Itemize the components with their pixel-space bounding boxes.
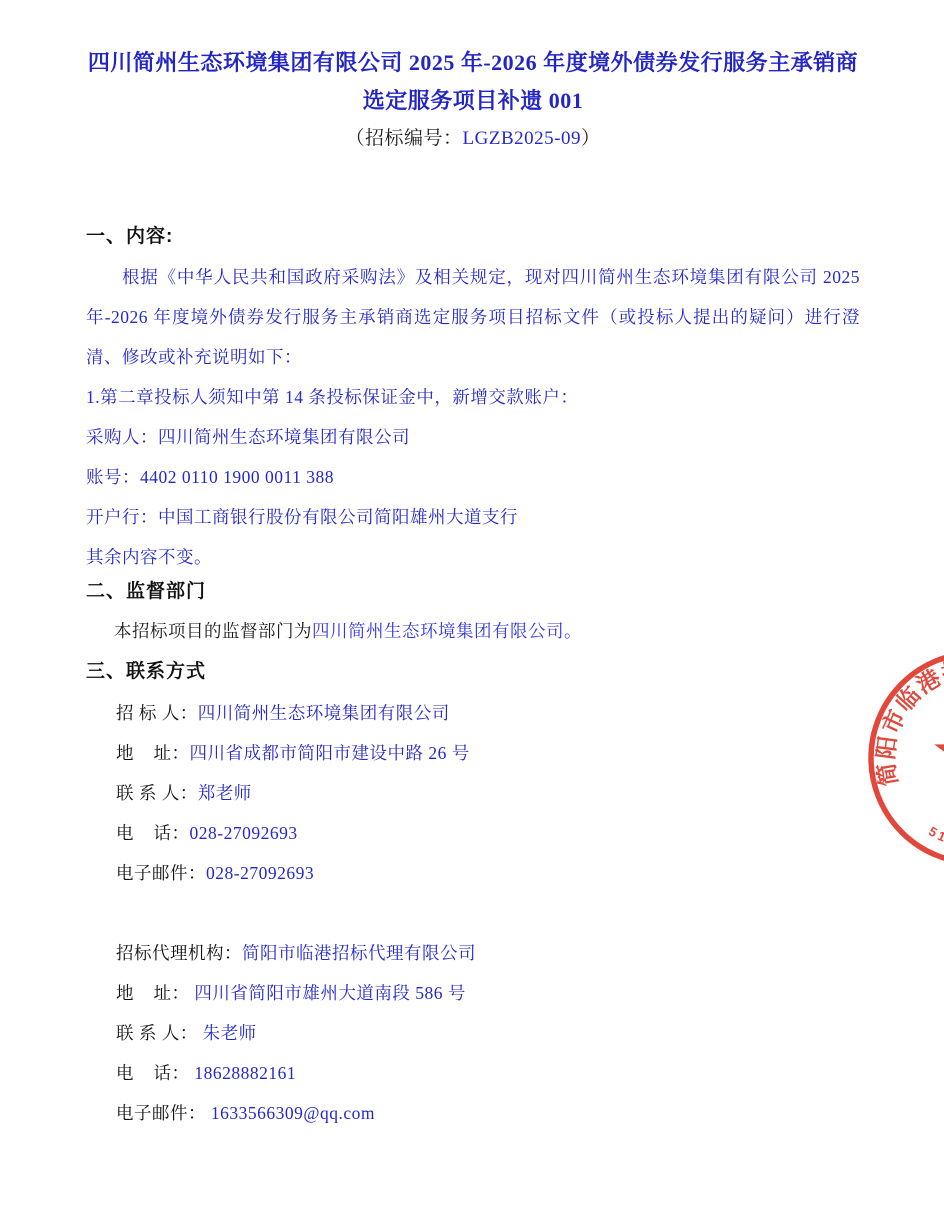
document-title-line1: 四川简州生态环境集团有限公司 2025 年-2026 年度境外债券发行服务主承销… xyxy=(86,44,860,82)
document-title-line2: 选定服务项目补遗 001 xyxy=(86,82,860,120)
supervision-company: 四川简州生态环境集团有限公司。 xyxy=(312,621,582,641)
contact-row-tenderer-name: 招 标 人：四川简州生态环境集团有限公司 xyxy=(86,693,860,733)
contact-row-agency-phone: 电 话： 18628882161 xyxy=(86,1053,860,1093)
section-heading-contact: 三、联系方式 xyxy=(86,657,860,687)
clause-line: 其余内容不变。 xyxy=(86,537,860,577)
contact-row-tenderer-address: 地 址：四川省成都市简阳市建设中路 26 号 xyxy=(86,733,860,773)
tender-number-suffix: ） xyxy=(581,128,601,149)
contact-row-agency-address: 地 址： 四川省简阳市雄州大道南段 586 号 xyxy=(86,973,860,1013)
tender-number-line: （招标编号：LGZB2025-09） xyxy=(86,120,860,158)
contact-label: 招标代理机构： xyxy=(116,943,242,963)
contact-value: 028-27092693 xyxy=(206,863,314,883)
document-title: 四川简州生态环境集团有限公司 2025 年-2026 年度境外债券发行服务主承销… xyxy=(86,44,860,120)
contact-value: 简阳市临港招标代理有限公司 xyxy=(242,943,476,963)
contact-value: 四川省简阳市雄州大道南段 586 号 xyxy=(190,983,466,1003)
tender-number-value: LGZB2025-09 xyxy=(463,128,581,149)
content-paragraph: 根据《中华人民共和国政府采购法》及相关规定，现对四川简州生态环境集团有限公司 2… xyxy=(86,257,860,377)
clause-line: 开户行：中国工商银行股份有限公司简阳雄州大道支行 xyxy=(86,497,860,537)
contact-label: 联 系 人： xyxy=(116,1023,198,1043)
contact-label: 电子邮件： xyxy=(116,1103,206,1123)
document-content: 四川简州生态环境集团有限公司 2025 年-2026 年度境外债券发行服务主承销… xyxy=(0,44,944,1133)
clause-line: 账号：4402 0110 1900 0011 388 xyxy=(86,457,860,497)
contact-row-agency-person: 联 系 人： 朱老师 xyxy=(86,1013,860,1053)
supervision-text: 本招标项目的监督部门为 xyxy=(114,621,312,641)
contact-value: 1633566309@qq.com xyxy=(206,1103,375,1123)
contact-label: 电 话： xyxy=(116,823,190,843)
contact-value: 朱老师 xyxy=(198,1023,257,1043)
clause-line: 1.第二章投标人须知中第 14 条投标保证金中，新增交款账户： xyxy=(86,377,860,417)
section-heading-supervision: 二、监督部门 xyxy=(86,577,860,607)
contact-row-tenderer-phone: 电 话：028-27092693 xyxy=(86,813,860,853)
contact-label: 电子邮件： xyxy=(116,863,206,883)
contact-label: 电 话： xyxy=(116,1063,190,1083)
contact-label: 地 址： xyxy=(116,743,190,763)
contact-value: 郑老师 xyxy=(198,783,252,803)
section-heading-content: 一、内容: xyxy=(86,222,860,252)
contact-value: 四川简州生态环境集团有限公司 xyxy=(198,703,450,723)
clause-line: 采购人：四川简州生态环境集团有限公司 xyxy=(86,417,860,457)
contact-value: 028-27092693 xyxy=(190,823,298,843)
contact-row-tenderer-person: 联 系 人：郑老师 xyxy=(86,773,860,813)
contact-row-agency-email: 电子邮件： 1633566309@qq.com xyxy=(86,1093,860,1133)
agency-contact-block: 招标代理机构：简阳市临港招标代理有限公司 地 址： 四川省简阳市雄州大道南段 5… xyxy=(86,933,860,1133)
contact-row-agency-name: 招标代理机构：简阳市临港招标代理有限公司 xyxy=(86,933,860,973)
supervision-statement: 本招标项目的监督部门为四川简州生态环境集团有限公司。 xyxy=(86,611,860,651)
document-page: 四川简州生态环境集团有限公司 2025 年-2026 年度境外债券发行服务主承销… xyxy=(0,0,944,1217)
contact-label: 招 标 人： xyxy=(116,703,198,723)
contact-row-tenderer-email: 电子邮件：028-27092693 xyxy=(86,853,860,893)
contact-value: 四川省成都市简阳市建设中路 26 号 xyxy=(190,743,470,763)
contact-label: 地 址： xyxy=(116,983,190,1003)
contact-value: 18628882161 xyxy=(190,1063,297,1083)
tenderer-contact-block: 招 标 人：四川简州生态环境集团有限公司 地 址：四川省成都市简阳市建设中路 2… xyxy=(86,693,860,893)
tender-number-prefix: （招标编号： xyxy=(346,128,463,149)
contact-label: 联 系 人： xyxy=(116,783,198,803)
